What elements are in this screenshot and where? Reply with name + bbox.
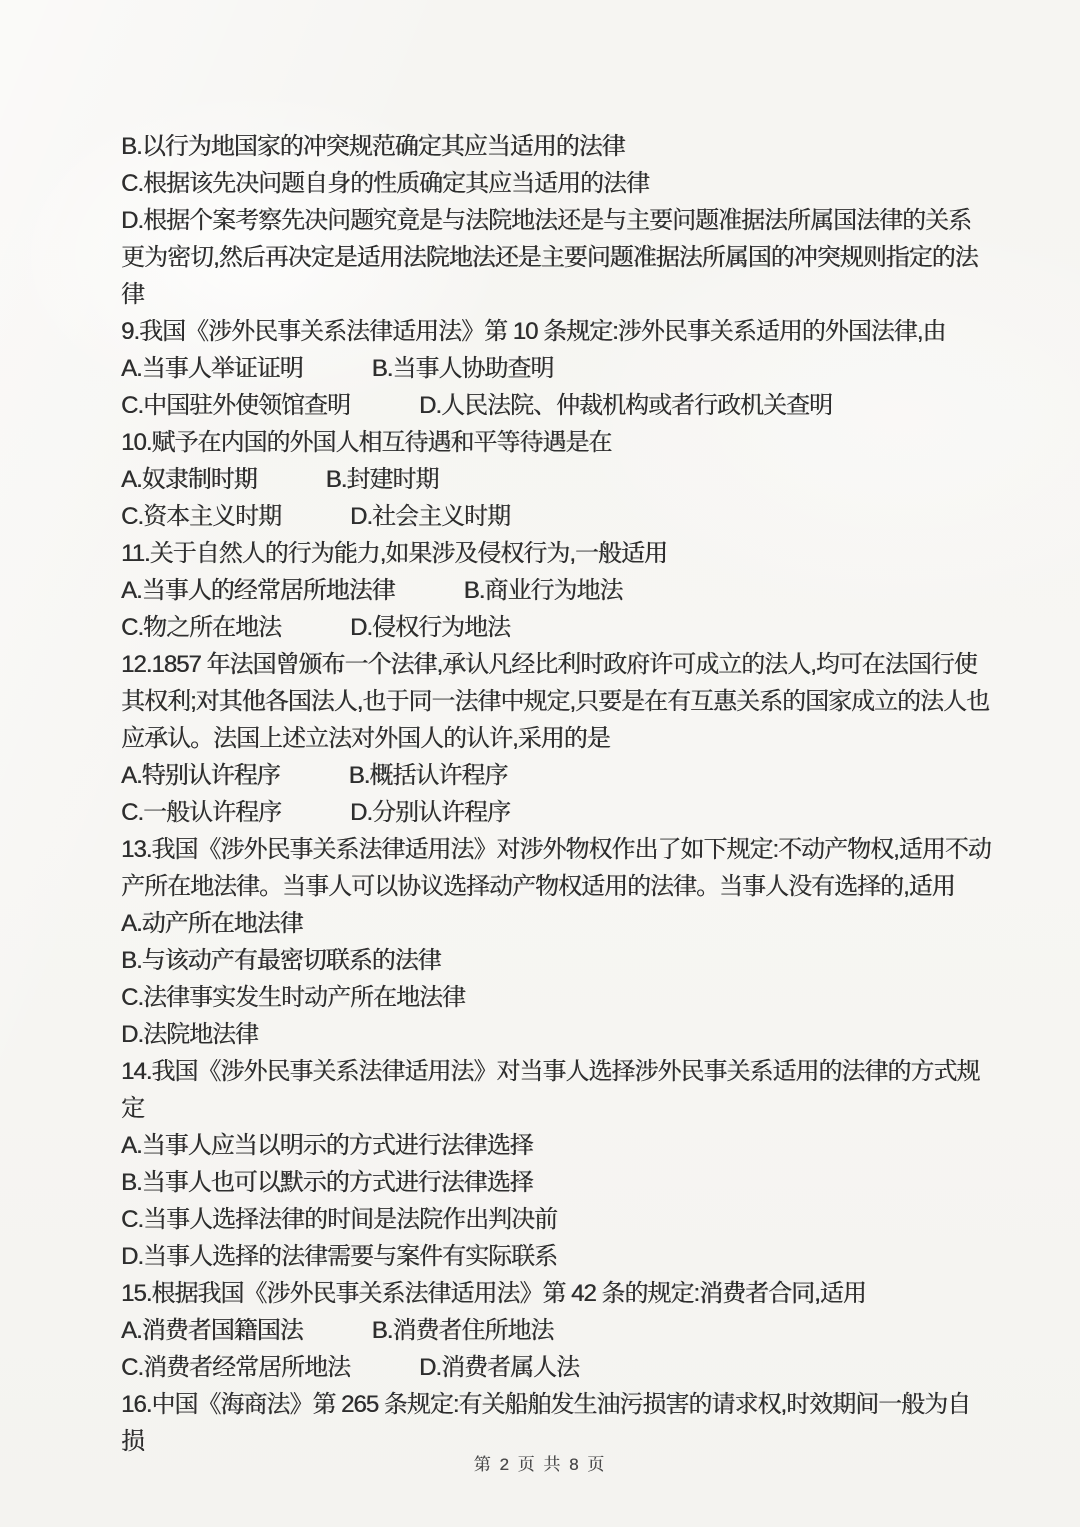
text-line: A.特别认许程序 B.概括认许程序 (121, 757, 992, 794)
text-line: 9.我国《涉外民事关系法律适用法》第 10 条规定:涉外民事关系适用的外国法律,… (121, 313, 992, 350)
text-line: C.当事人选择法律的时间是法院作出判决前 (121, 1201, 992, 1238)
text-line: A.消费者国籍国法 B.消费者住所地法 (121, 1312, 992, 1349)
text-line: 律 (121, 276, 992, 313)
text-line: 14.我国《涉外民事关系法律适用法》对当事人选择涉外民事关系适用的法律的方式规 (121, 1053, 992, 1090)
page-footer: 第 2 页 共 8 页 (0, 1450, 1080, 1475)
text-line: C.一般认许程序 D.分别认许程序 (121, 794, 992, 831)
text-line: 10.赋予在内国的外国人相互待遇和平等待遇是在 (121, 424, 992, 461)
text-line: A.动产所在地法律 (121, 905, 992, 942)
text-line: 产所在地法律。当事人可以协议选择动产物权适用的法律。当事人没有选择的,适用 (121, 868, 992, 905)
text-line: A.奴隶制时期 B.封建时期 (121, 461, 992, 498)
text-line: B.当事人也可以默示的方式进行法律选择 (121, 1164, 992, 1201)
text-line: C.物之所在地法 D.侵权行为地法 (121, 609, 992, 646)
text-line: D.当事人选择的法律需要与案件有实际联系 (121, 1238, 992, 1275)
text-line: 11.关于自然人的行为能力,如果涉及侵权行为,一般适用 (121, 535, 992, 572)
text-line: 16.中国《海商法》第 265 条规定:有关船舶发生油污损害的请求权,时效期间一… (121, 1386, 992, 1460)
text-line: 13.我国《涉外民事关系法律适用法》对涉外物权作出了如下规定:不动产物权,适用不… (121, 831, 992, 868)
text-line: D.根据个案考察先决问题究竟是与法院地法还是与主要问题准据法所属国法律的关系 (121, 202, 992, 239)
text-line: C.消费者经常居所地法 D.消费者属人法 (121, 1349, 992, 1386)
text-line: 更为密切,然后再决定是适用法院地法还是主要问题准据法所属国的冲突规则指定的法 (121, 239, 992, 276)
text-line: C.资本主义时期 D.社会主义时期 (121, 498, 992, 535)
text-line: 其权利;对其他各国法人,也于同一法律中规定,只要是在有互惠关系的国家成立的法人也 (121, 683, 992, 720)
text-line: A.当事人举证证明 B.当事人协助查明 (121, 350, 992, 387)
text-line: 12.1857 年法国曾颁布一个法律,承认凡经比利时政府许可成立的法人,均可在法… (121, 646, 992, 683)
text-line: B.与该动产有最密切联系的法律 (121, 942, 992, 979)
text-line: A.当事人应当以明示的方式进行法律选择 (121, 1127, 992, 1164)
text-line: D.法院地法律 (121, 1016, 992, 1053)
text-line: 应承认。法国上述立法对外国人的认许,采用的是 (121, 720, 992, 757)
text-line: B.以行为地国家的冲突规范确定其应当适用的法律 (121, 128, 992, 165)
text-line: C.根据该先决问题自身的性质确定其应当适用的法律 (121, 165, 992, 202)
page-number: 第 2 页 共 8 页 (474, 1455, 607, 1474)
text-line: A.当事人的经常居所地法律 B.商业行为地法 (121, 572, 992, 609)
text-line: 定 (121, 1090, 992, 1127)
text-line: 15.根据我国《涉外民事关系法律适用法》第 42 条的规定:消费者合同,适用 (121, 1275, 992, 1312)
document-page: B.以行为地国家的冲突规范确定其应当适用的法律C.根据该先决问题自身的性质确定其… (0, 0, 1080, 1527)
text-line: C.中国驻外使领馆查明 D.人民法院、仲裁机构或者行政机关查明 (121, 387, 992, 424)
text-line: C.法律事实发生时动产所在地法律 (121, 979, 992, 1016)
exam-body: B.以行为地国家的冲突规范确定其应当适用的法律C.根据该先决问题自身的性质确定其… (0, 0, 1080, 1460)
